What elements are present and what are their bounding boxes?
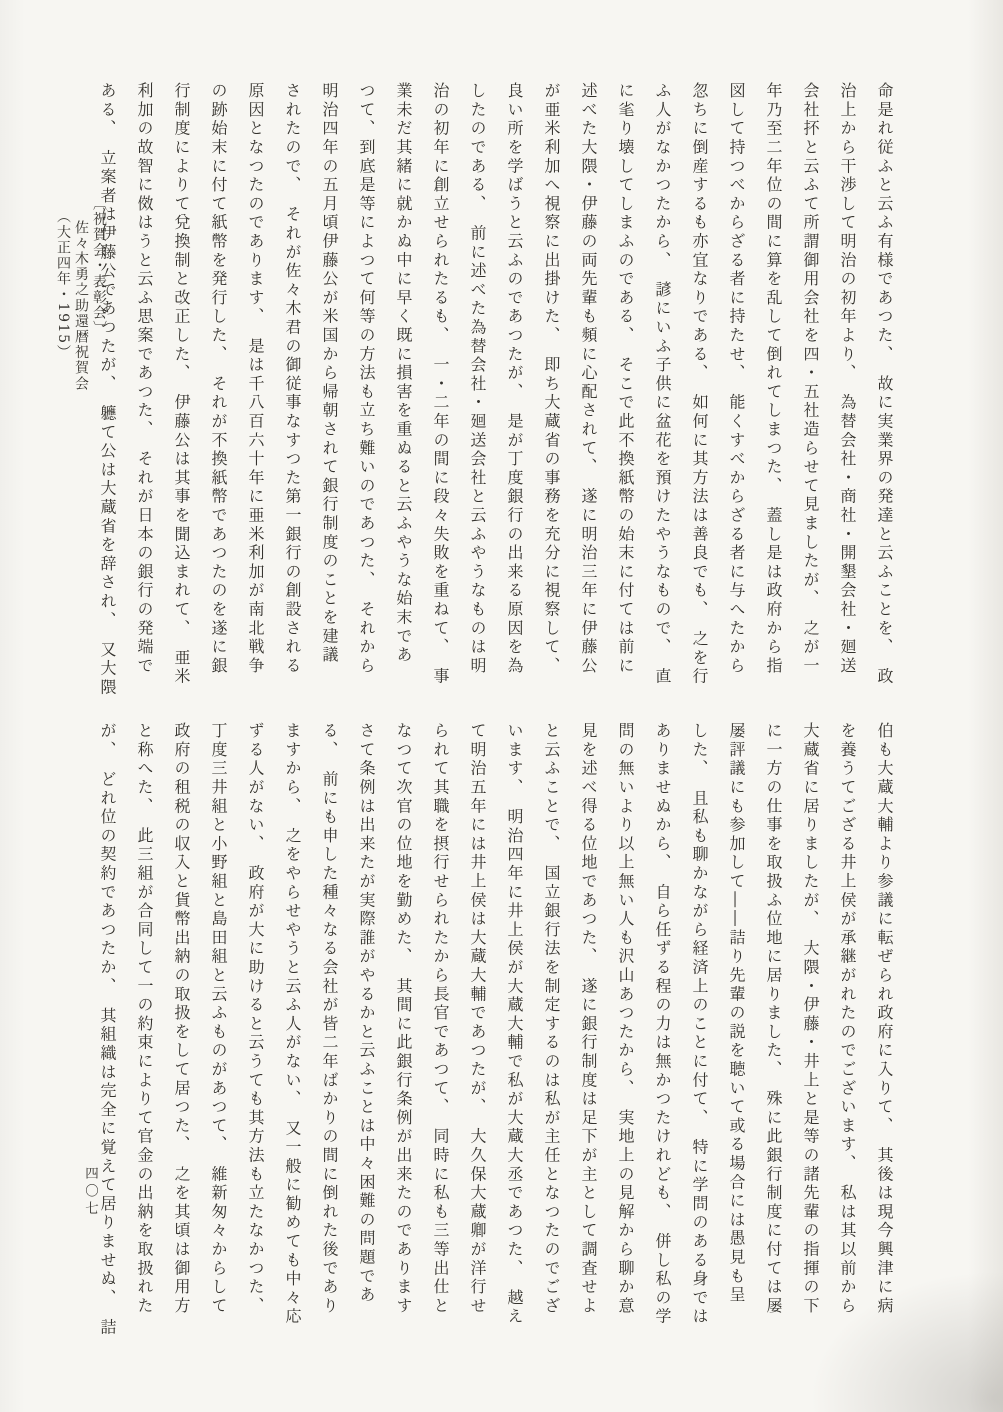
section-heading-category: 〔祝賀会・表彰会〕	[90, 196, 108, 336]
section-heading: 〔祝賀会・表彰会〕 佐々木勇之助還暦祝賀会 （大正四年・1915）	[54, 196, 126, 666]
section-heading-date: （大正四年・1915）	[54, 209, 72, 360]
bottom-text-block: 伯も大蔵大輔より参議に転ぜられ政府に入りて、 其後は現今興津に病 を養うてござる…	[89, 722, 903, 1380]
page-number: 四〇七	[80, 1166, 100, 1219]
top-text-block: 命是れ従ふと云ふ有様であつた、 故に実業界の発達と云ふことを、 政 治上から干渉…	[89, 82, 903, 734]
section-heading-title: 佐々木勇之助還暦祝賀会	[72, 220, 90, 392]
scanned-book-page: 命是れ従ふと云ふ有様であつた、 故に実業界の発達と云ふことを、 政 治上から干渉…	[0, 0, 1003, 1412]
